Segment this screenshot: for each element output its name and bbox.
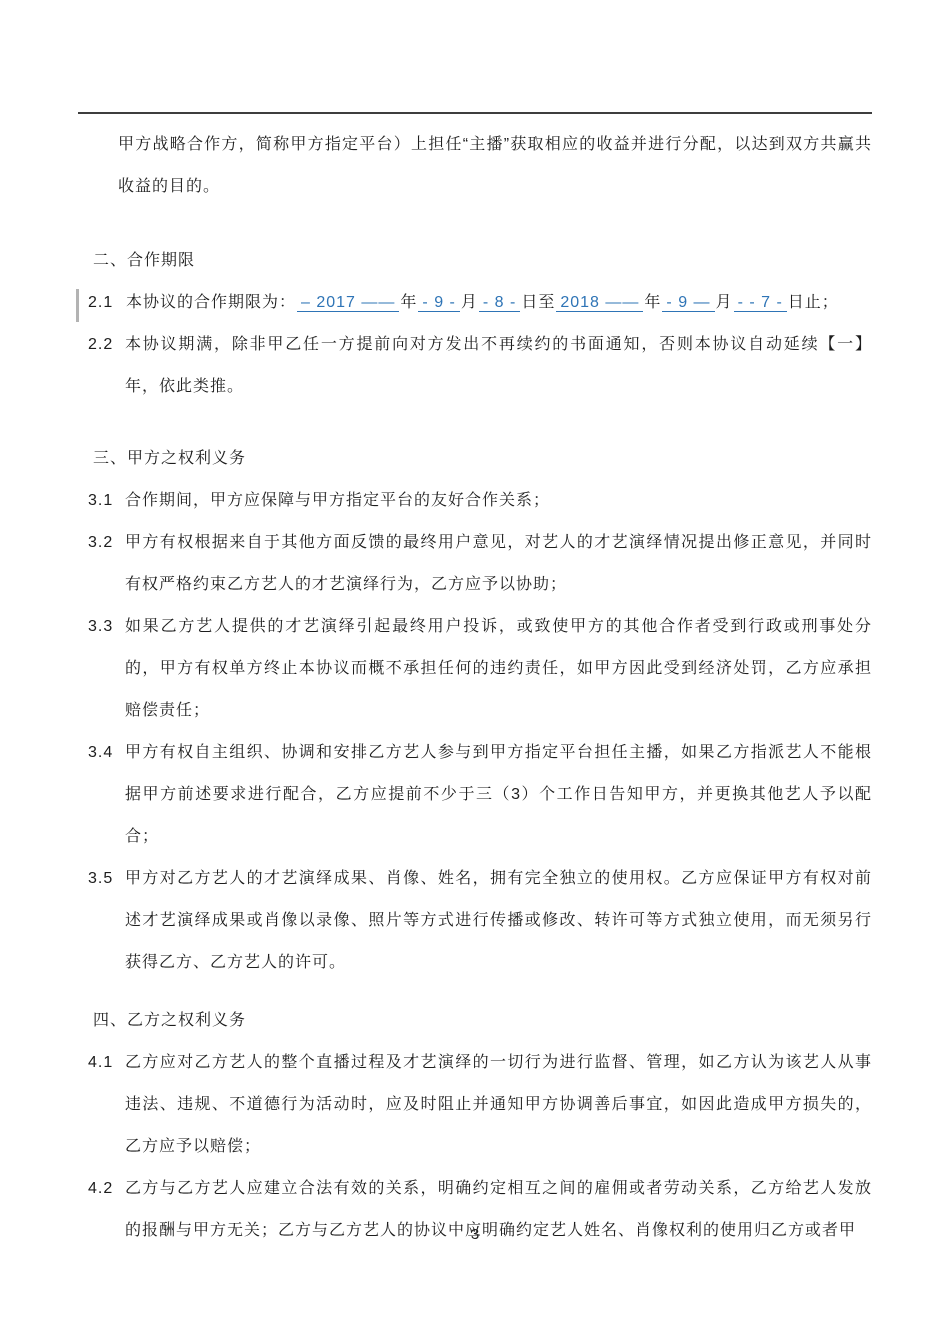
- revision-change-bar: [76, 289, 79, 322]
- clause-number: 4.1: [88, 1042, 125, 1168]
- clause-number: 3.1: [88, 480, 125, 522]
- clause-3-3: 3.3 如果乙方艺人提供的才艺演绎引起最终用户投诉，或致使甲方的其他合作者受到行…: [88, 606, 872, 732]
- clause-number: 2.1: [88, 282, 125, 324]
- section-title: 四、乙方之权利义务: [88, 1000, 872, 1042]
- section-title: 二、合作期限: [88, 240, 872, 282]
- clause-text: 甲方有权自主组织、协调和安排乙方艺人参与到甲方指定平台担任主播，如果乙方指派艺人…: [125, 732, 872, 858]
- end-month-field[interactable]: - 9 —: [662, 294, 714, 312]
- page-number: 3: [0, 1224, 950, 1246]
- clause-number: 2.2: [88, 324, 125, 408]
- intro-paragraph: 甲方战略合作方，简称甲方指定平台）上担任“主播”获取相应的收益并进行分配，以达到…: [118, 124, 872, 208]
- clause-3-1: 3.1 合作期间，甲方应保障与甲方指定平台的友好合作关系；: [88, 480, 872, 522]
- start-year-field[interactable]: – 2017 ——: [297, 294, 399, 312]
- clause-number: 3.5: [88, 858, 125, 984]
- clause-3-2: 3.2 甲方有权根据来自于其他方面反馈的最终用户意见，对艺人的才艺演绎情况提出修…: [88, 522, 872, 606]
- clause-text: 本协议的合作期限为：– 2017 ——年- 9 -月- 8 -日至2018 ——…: [125, 282, 872, 324]
- start-month-field[interactable]: - 9 -: [418, 294, 459, 312]
- section-cooperation-term: 二、合作期限 2.1 本协议的合作期限为：– 2017 ——年- 9 -月- 8…: [88, 240, 872, 408]
- document-page: 甲方战略合作方，简称甲方指定平台）上担任“主播”获取相应的收益并进行分配，以达到…: [0, 0, 950, 1344]
- clause-2-1: 2.1 本协议的合作期限为：– 2017 ——年- 9 -月- 8 -日至201…: [88, 282, 872, 324]
- month-label: 月: [460, 294, 479, 311]
- clause-4-1: 4.1 乙方应对乙方艺人的整个直播过程及才艺演绎的一切行为进行监督、管理，如乙方…: [88, 1042, 872, 1168]
- end-day-field[interactable]: - - 7 -: [734, 294, 787, 312]
- clause-2-2: 2.2 本协议期满，除非甲乙任一方提前向对方发出不再续约的书面通知，否则本协议自…: [88, 324, 872, 408]
- clause-number: 3.3: [88, 606, 125, 732]
- section-party-b-rights: 四、乙方之权利义务 4.1 乙方应对乙方艺人的整个直播过程及才艺演绎的一切行为进…: [88, 1000, 872, 1252]
- day-to-label: 日至: [520, 294, 556, 311]
- clause-text: 甲方对乙方艺人的才艺演绎成果、肖像、姓名，拥有完全独立的使用权。乙方应保证甲方有…: [125, 858, 872, 984]
- start-day-field[interactable]: - 8 -: [479, 294, 520, 312]
- year-label: 年: [643, 294, 662, 311]
- header-rule: [78, 112, 872, 114]
- date-line-prefix: 本协议的合作期限为：: [125, 294, 297, 311]
- clause-text: 乙方应对乙方艺人的整个直播过程及才艺演绎的一切行为进行监督、管理，如乙方认为该艺…: [125, 1042, 872, 1168]
- section-party-a-rights: 三、甲方之权利义务 3.1 合作期间，甲方应保障与甲方指定平台的友好合作关系； …: [88, 438, 872, 984]
- clause-number: 3.2: [88, 522, 125, 606]
- clause-3-5: 3.5 甲方对乙方艺人的才艺演绎成果、肖像、姓名，拥有完全独立的使用权。乙方应保…: [88, 858, 872, 984]
- day-end-label: 日止；: [787, 294, 840, 311]
- clause-text: 如果乙方艺人提供的才艺演绎引起最终用户投诉，或致使甲方的其他合作者受到行政或刑事…: [125, 606, 872, 732]
- clause-text: 本协议期满，除非甲乙任一方提前向对方发出不再续约的书面通知，否则本协议自动延续【…: [125, 324, 872, 408]
- clause-text: 甲方有权根据来自于其他方面反馈的最终用户意见，对艺人的才艺演绎情况提出修正意见，…: [125, 522, 872, 606]
- clause-number: 3.4: [88, 732, 125, 858]
- clause-3-4: 3.4 甲方有权自主组织、协调和安排乙方艺人参与到甲方指定平台担任主播，如果乙方…: [88, 732, 872, 858]
- section-title: 三、甲方之权利义务: [88, 438, 872, 480]
- year-label: 年: [399, 294, 418, 311]
- month-label: 月: [715, 294, 734, 311]
- clause-text: 合作期间，甲方应保障与甲方指定平台的友好合作关系；: [125, 480, 872, 522]
- end-year-field[interactable]: 2018 ——: [556, 294, 643, 312]
